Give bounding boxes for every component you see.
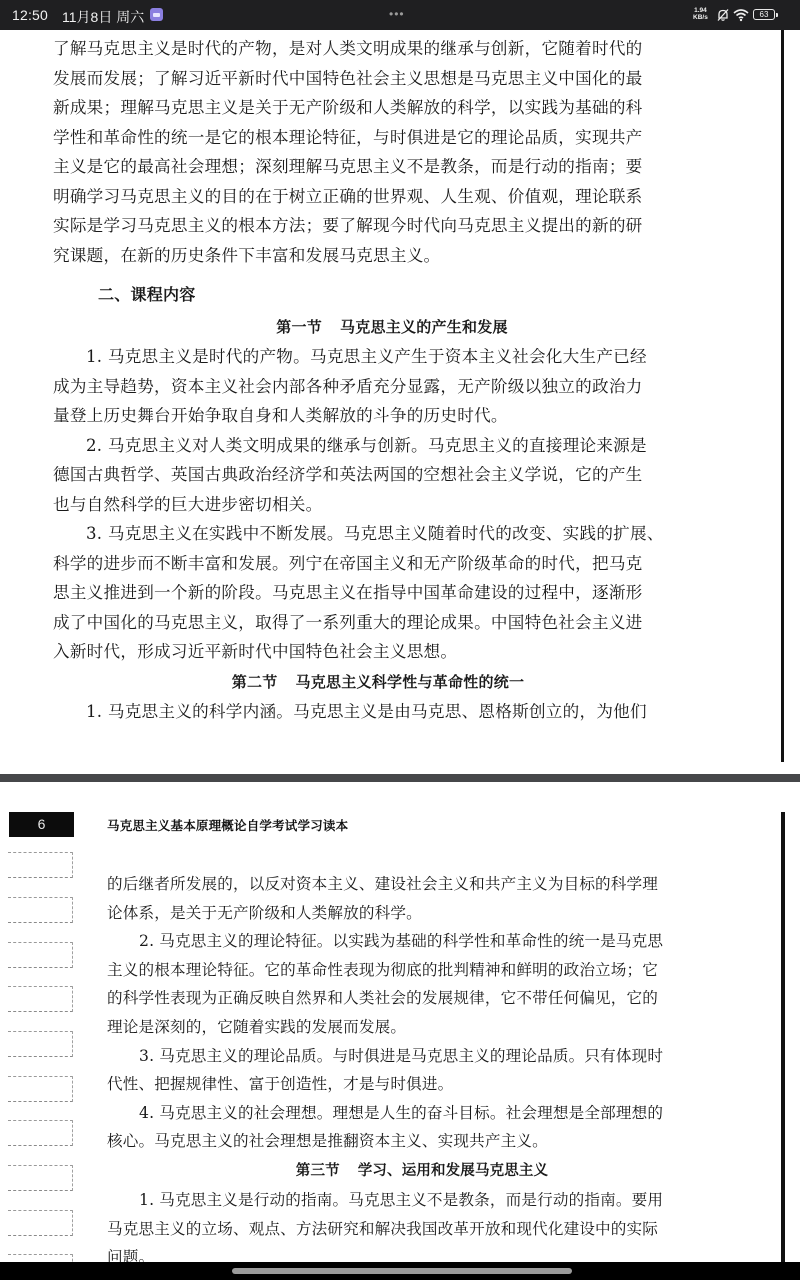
battery-indicator: 63 xyxy=(753,9,775,20)
intro-line: 了解马克思主义是时代的产物，是对人类文明成果的继承与创新，它随着时代的 xyxy=(53,34,743,64)
body-line: 德国古典哲学、英国古典政治经济学和英法两国的空想社会主义学说，它的产生 xyxy=(53,460,743,490)
body-line: 3. 马克思主义的理论品质。与时俱进是马克思主义的理论品质。只有体现时 xyxy=(107,1042,737,1071)
page-divider xyxy=(0,774,800,782)
section-2-label: 第二节 xyxy=(232,673,278,691)
body-line: 3. 马克思主义在实践中不断发展。马克思主义随着时代的改变、实践的扩展、 xyxy=(53,519,743,549)
thumb-index-tab xyxy=(8,986,73,1012)
body-line: 1. 马克思主义的科学内涵。马克思主义是由马克思、恩格斯创立的，为他们 xyxy=(53,697,743,727)
thumb-index-tab xyxy=(8,1031,73,1057)
body-line: 1. 马克思主义是行动的指南。马克思主义不是教条，而是行动的指南。要用 xyxy=(107,1186,737,1215)
status-date: 11月8日 周六 xyxy=(62,7,144,27)
game-controller-icon xyxy=(150,8,163,21)
document-page-top[interactable]: 了解马克思主义是时代的产物，是对人类文明成果的继承与创新，它随着时代的 发展而发… xyxy=(0,30,800,774)
body-line: 也与自然科学的巨大进步密切相关。 xyxy=(53,490,743,520)
section-3-label: 第三节 xyxy=(296,1163,340,1179)
body-line: 核心。马克思主义的社会理想是推翻资本主义、实现共产主义。 xyxy=(107,1127,737,1156)
page-top-content: 了解马克思主义是时代的产物，是对人类文明成果的继承与创新，它随着时代的 发展而发… xyxy=(53,34,743,726)
body-line: 2. 马克思主义的理论特征。以实践为基础的科学性和革命性的统一是马克思 xyxy=(107,927,737,956)
thumb-index-tab xyxy=(8,942,73,968)
more-dots-icon[interactable]: ••• xyxy=(389,7,405,21)
body-line: 2. 马克思主义对人类文明成果的继承与创新。马克思主义的直接理论来源是 xyxy=(53,431,743,461)
network-speed-unit: KB/s xyxy=(693,14,708,21)
bell-off-icon xyxy=(716,8,730,22)
thumb-index-tab xyxy=(8,1165,73,1191)
body-line: 量登上历史舞台开始争取自身和人类解放的斗争的历史时代。 xyxy=(53,401,743,431)
body-line: 论体系，是关于无产阶级和人类解放的科学。 xyxy=(107,899,737,928)
wifi-icon xyxy=(733,8,749,22)
body-line: 理论是深刻的，它随着实践的发展而发展。 xyxy=(107,1013,737,1042)
home-gesture-handle[interactable] xyxy=(232,1268,572,1274)
body-line: 的后继者所发展的，以反对资本主义、建设社会主义和共产主义为目标的科学理 xyxy=(107,870,737,899)
intro-line: 主义是它的最高社会理想；深刻理解马克思主义不是教条，而是行动的指南；要 xyxy=(53,152,743,182)
body-line: 的科学性表现为正确反映自然界和人类社会的发展规律，它不带任何偏见，它的 xyxy=(107,984,737,1013)
thumb-index-tab xyxy=(8,1076,73,1102)
page-bottom-content: 的后继者所发展的，以反对资本主义、建设社会主义和共产主义为目标的科学理 论体系，… xyxy=(107,870,737,1262)
network-speed-value: 1.94 xyxy=(694,7,707,14)
intro-line: 明确学习马克思主义的目的在于树立正确的世界观、人生观、价值观，理论联系 xyxy=(53,182,743,212)
section-1-label: 第一节 xyxy=(276,318,322,336)
section-3-title: 第三节学习、运用和发展马克思主义 xyxy=(107,1156,737,1186)
intro-line: 发展而发展；了解习近平新时代中国特色社会主义思想是马克思主义中国化的最 xyxy=(53,64,743,94)
section-2-title: 第二节马克思主义科学性与革命性的统一 xyxy=(13,667,743,697)
page-edge-line xyxy=(781,30,784,762)
course-content-heading: 二、课程内容 xyxy=(0,280,743,310)
document-page-bottom[interactable]: 6 马克思主义基本原理概论自学考试学习读本 的后继者所发展的，以反对资本主义、建… xyxy=(0,782,800,1262)
thumb-index-tab xyxy=(8,1210,73,1236)
body-line: 成为主导趋势，资本主义社会内部各种矛盾充分显露，无产阶级以独立的政治力 xyxy=(53,372,743,402)
running-header-title: 马克思主义基本原理概论自学考试学习读本 xyxy=(107,816,348,834)
section-3-name: 学习、运用和发展马克思主义 xyxy=(358,1163,548,1179)
section-1-title: 第一节马克思主义的产生和发展 xyxy=(41,312,743,342)
body-line: 科学的进步而不断丰富和发展。列宁在帝国主义和无产阶级革命的时代，把马克 xyxy=(53,549,743,579)
page-number-tab: 6 xyxy=(9,812,74,837)
intro-line: 新成果；理解马克思主义是关于无产阶级和人类解放的科学，以实践为基础的科 xyxy=(53,93,743,123)
thumb-index-tab xyxy=(8,1254,73,1262)
page-edge-line xyxy=(781,812,785,1262)
status-time: 12:50 xyxy=(12,7,48,23)
section-2-name: 马克思主义科学性与革命性的统一 xyxy=(296,673,525,691)
body-line: 1. 马克思主义是时代的产物。马克思主义产生于资本主义社会化大生产已经 xyxy=(53,342,743,372)
network-speed: 1.94 KB/s xyxy=(693,7,708,21)
thumb-index-tab xyxy=(8,852,73,878)
body-line: 思主义推进到一个新的阶段。马克思主义在指导中国革命建设的过程中，逐渐形 xyxy=(53,578,743,608)
intro-line: 究课题，在新的历史条件下丰富和发展马克思主义。 xyxy=(53,241,743,271)
thumb-index-tab xyxy=(8,1120,73,1146)
intro-line: 实际是学习马克思主义的根本方法；要了解现今时代向马克思主义提出的新的研 xyxy=(53,211,743,241)
body-line: 入新时代，形成习近平新时代中国特色社会主义思想。 xyxy=(53,637,743,667)
body-line: 马克思主义的立场、观点、方法研究和解决我国改革开放和现代化建设中的实际 xyxy=(107,1215,737,1244)
intro-line: 学性和革命性的统一是它的根本理论特征，与时俱进是它的理论品质，实现共产 xyxy=(53,123,743,153)
body-line: 问题。 xyxy=(107,1243,737,1262)
status-bar: 12:50 11月8日 周六 ••• 1.94 KB/s 63 xyxy=(0,0,800,30)
body-line: 主义的根本理论特征。它的革命性表现为彻底的批判精神和鲜明的政治立场；它 xyxy=(107,956,737,985)
body-line: 代性、把握规律性、富于创造性，才是与时俱进。 xyxy=(107,1070,737,1099)
section-1-name: 马克思主义的产生和发展 xyxy=(340,318,508,336)
thumb-index-tab xyxy=(8,897,73,923)
body-line: 成了中国化的马克思主义，取得了一系列重大的理论成果。中国特色社会主义进 xyxy=(53,608,743,638)
body-line: 4. 马克思主义的社会理想。理想是人生的奋斗目标。社会理想是全部理想的 xyxy=(107,1099,737,1128)
